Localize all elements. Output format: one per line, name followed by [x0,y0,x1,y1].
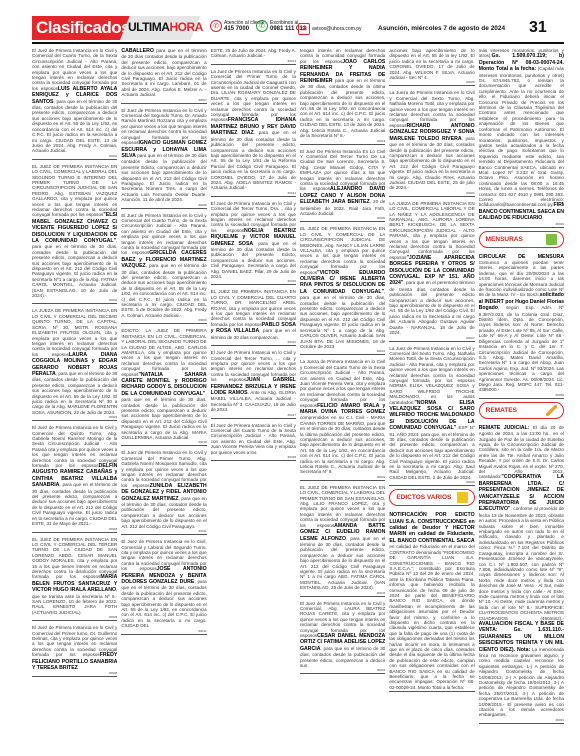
ad-reference: #0021 [300,349,385,353]
ad-reference: #0015 [211,279,296,283]
logo-secondary: HORA [169,20,202,34]
ad-text: EDICTO: LA JUEZ DE PRIMERA INSTANCIA EN … [121,328,206,376]
ad-names: NOTIFICACIÓN POR EDICTO LUAN S.A. CONSTR… [389,512,474,544]
ad-text: ESTE, 25 de Julio de 2024. Abg. Fredy A.… [211,48,296,58]
ad-tail: EXP Nº 81, AÑO 2024, para que, en el tér… [389,425,474,480]
classified-ad: La Juez de Primera Instancia en lo Civil… [211,67,296,197]
ad-text: El día 20 de Agosto de 2024, a las 13:00… [479,425,564,480]
ad-tail2: La mencionada finca no reconoce gravamen… [479,647,564,718]
ad-tail: , para que en el término de 30 días, con… [121,263,206,318]
classified-ad: La Jueza de Primera Instancia en lo Civi… [300,357,385,481]
ad-reference: #0028 [389,480,474,484]
document-icon [457,492,468,503]
classified-ad: ESTE, 25 de Julio de 2024. Abg. Fredy A.… [211,46,296,65]
ad-reference: #0016 [211,340,296,344]
ad-reference: #0007 [121,98,206,102]
classified-ad: El Juez de Primera Instancia en lo Civil… [32,623,117,677]
classified-ad: El Juez De Primera Instancia En Lo Civil… [300,147,385,223]
ad-tail: , para que en el término de 30 días, con… [121,391,206,440]
ad-reference: #0008 [121,203,206,207]
ad-reference: #0011 [121,529,206,533]
gavel-icon [546,405,557,416]
ad-tail: en calidad de Fiduciario en el marco del… [389,544,474,690]
classified-ad: acciones bajo apercibimiento de lo dispu… [389,46,474,86]
ad-reference: #0020 [300,216,385,220]
ad-text: El Juez de Primera Instancia en lo Civil… [32,425,117,468]
contact-value[interactable]: avisos@uhora.com.py [312,26,362,32]
classified-ad: EL JUEZ DE PRIMERA INSTANCIA EN LO CIVIL… [32,162,117,305]
classified-ad: CABALLERO para que en el término de 30 d… [121,46,206,104]
ad-reference: #0009 [121,318,206,322]
ad-reference: #0017 [211,413,296,417]
ad-reference: #0004 [32,527,117,531]
ad-reference: #0027 [389,336,474,340]
ad-tail: , para que en el término de 30 días, con… [300,536,385,591]
ad-reference: #0018 [211,455,296,459]
ad-text: La Juez de Primera Instancia en lo Civil… [211,69,296,123]
ad-tail: , para que en el término de 30 días, con… [32,238,117,298]
logo-primary: ULTIMA [128,20,169,34]
ad-text: La Juez de Primera Instancia en lo Civil… [389,346,474,405]
classified-ad: NOTIFICACIÓN POR EDICTO LUAN S.A. CONSTR… [389,510,474,692]
section-label: EDICTOS VARIOS [396,494,451,501]
classified-ad: El Juez de Primera Instancia en lo Civil… [211,348,296,418]
column-3: ESTE, 25 de Julio de 2024. Abg. Fredy A.… [211,46,296,746]
classified-ad: El Juez de Primera Instancia en lo Civil… [32,46,117,160]
ad-reference: #0002 [32,298,117,302]
ad-text: EL JUEZ DE PRIMERA INSTANCIA EN LO CIVIL… [300,226,385,274]
section-header-mensuras: MENSURAS [479,231,564,248]
classified-ad: EL JUEZ DE PRIMERA INSTANCIA EN LO CIVIL… [32,535,117,622]
ad-text: El Juez De Primera Instancia En Lo Civil… [300,149,385,192]
phone-icon: ✆ [210,20,222,32]
ad-reference: #0030 [479,393,564,397]
classified-ad: LA JUEZA DE PRIMERA INSTANCIA EN LO CIVI… [389,199,474,342]
ad-text: LA JUEZA DE PRIMERA INSTANCIA EN LO CIVI… [389,201,474,260]
section-header-remates: REMATES [479,402,564,419]
ad-text: EL JUEZ DE PRIMERA INSTANCIA EN LO CIVIL… [32,164,117,218]
section-label: REMATES [486,407,517,414]
ad-tail: , para que en el término de 30 días, con… [389,136,474,191]
section-header-edictos-varios: EDICTOS VARIOS [389,489,474,506]
classified-ad: LA JUEZA DE PRIMERA INSTANCIA EN LO CIVI… [32,306,117,421]
classified-ad: El Juez de Primera Instancia en lo Civil… [121,106,206,209]
classified-ad: El Juez de Primera Instancia en lo Civil… [121,211,206,325]
ad-tail: , para que en el término de 30 días, con… [300,289,385,349]
page-header: Clasificados ULTIMAHORA ✆ Atención al cl… [0,0,580,42]
column-5: acciones bajo apercibimiento de lo dispu… [389,46,474,746]
classified-ad: EL JUEZ DE PRIMERA INSTANCIA EN LO CIVIL… [300,483,385,597]
ad-reference: #0012 [121,629,206,633]
newspaper-logo: ULTIMAHORA [128,20,203,34]
dateline: Asunción, miércoles 7 de agosto de 2024 [378,25,505,32]
ad-tail: , para que en el perentorio término de t… [389,280,474,335]
ad-reference: #0006 [32,671,117,675]
ad-text: EL JUEZ DE PRIMERA INSTANCIA EN LO CIVIL… [32,537,117,580]
ad-reference: #0031 [479,718,564,722]
ad-reference: #0029 [479,222,564,226]
page-number: 31 [529,19,547,37]
ad-tail: (Capital más intereses moratorios, punit… [479,66,564,207]
classifieds-columns: El Juez de Primera Instancia en lo Civil… [32,46,564,746]
ad-tail: , para que en el término de 30 días, con… [121,579,206,628]
classified-ad: EL JUEZ DE PRIMERA INSTANCIA EN LO CIVIL… [300,224,385,355]
column-2: CABALLERO para que en el término de 30 d… [121,46,206,746]
map-icon [546,234,557,245]
classified-ad: El Juez de Primera Instancia en lo Civil… [211,421,296,461]
ad-reference: #0019 [300,139,385,143]
ad-reference: #0023 [300,591,385,595]
classified-ad: EDICTO: LA JUEZ DE PRIMERA INSTANCIA EN … [121,326,206,446]
ad-reference: #0024 [300,668,385,672]
contact-value: 415 7000 [224,26,249,32]
ad-text: LA JUEZA DE PRIMERA INSTANCIA EN LO CIVI… [32,308,117,356]
ad-tail: , para que en el término de 30 días, con… [32,99,117,154]
section-label: MENSURAS [486,236,523,243]
classified-ad: El Juez de Primera Instancia en lo Civil… [300,599,385,675]
ad-reference: #0014 [211,191,296,195]
mail-icon: ✉ [298,23,310,35]
classified-ad: REMATE JUDICIAL: El día 20 de Agosto de … [479,423,564,724]
ad-tail: para que en el término de 30 días, conta… [300,78,385,138]
contact-email: ✉ avisos@uhora.com.py [298,23,362,35]
ad-text: acciones bajo apercibimiento de lo dispu… [389,48,474,80]
ad-text: El Juez de Primera Instancia en lo Civil… [32,48,117,91]
classified-ad: La Juez de Primera Instancia en lo Civil… [389,344,474,487]
header-rule [32,42,564,44]
ad-lead: CIRCULAR DE MENSURA [479,254,564,260]
ad-reference: #0026 [389,191,474,195]
ad-reference: #0022 [300,475,385,479]
ad-tail: comprendidos en su C.I. Civil - MARIA CA… [300,415,385,474]
section-title: Clasificados [32,16,134,40]
ad-reference: #0010 [121,440,206,444]
ad-tail: para que en el término de 30 días contad… [121,48,206,97]
ad-reference: #0001 [32,154,117,158]
classified-ad: La Jueza de Primera Instancia en lo Civi… [389,88,474,196]
ad-names: CABALLERO [121,48,154,54]
ad-tail: , para que en el término de 30 días cont… [211,241,296,279]
column-1: El Juez de Primera Instancia en lo Civil… [32,46,117,746]
column-4: tengan interés en reclamar derechos cont… [300,46,385,746]
ad-text: EL JUEZ DE PRIMERA INSTANCIA EN LO CIVIL… [300,485,385,528]
ad-reference: #0005 [32,615,117,619]
ad-text: El Juez de Primera Instancia en lo Civil… [211,423,296,455]
ad-reference: #0003 [32,415,117,419]
ad-text: La Jueza de Primera Instancia en lo Civi… [300,359,385,407]
classified-ad: más intereses moratorios, punitorios y o… [479,46,564,228]
classified-ad: tengan interés en reclamar derechos cont… [300,46,385,145]
ad-tail: para que en el término de 30 días contad… [121,153,206,202]
ad-text: El Juez de Primera Instancia en lo Civil… [121,213,206,256]
classified-ad: El Juez de Primera Instancia en lo Civil… [121,448,206,535]
ad-tail: , para que en el término de 30 días cont… [211,130,296,190]
ad-tail: , para que en el término de 30 días, con… [32,482,117,526]
classified-ad: CIRCULAR DE MENSURA Comunico a quienes p… [479,252,564,399]
ad-lead: REMATE JUDICIAL: [479,425,530,431]
ad-reference: #0013 [211,59,296,63]
column-6: más intereses moratorios, punitorios y o… [479,46,564,746]
classified-ad: El Juez de Primera Instancia en lo Civil… [121,537,206,635]
ad-tail: , conforme al proveído de fecha 13 de No… [479,506,564,620]
classified-ad: El Juez de Primera Instancia en lo Civil… [32,423,117,532]
ad-reference: #0025 [389,80,474,84]
ad-tail: , para que en el término de 30 días, con… [32,371,117,415]
ad-tail: , según Exp. Adm. Nº 9.387/2.023, de la … [479,305,564,392]
classified-ad: El Juez de Primera Instancia en lo Civil… [211,199,296,286]
whatsapp-icon: ✆ [256,20,268,32]
classified-ad: EL JUEZ DE PRIMERA INSTANCIA EN LO CIVIL… [211,287,296,346]
